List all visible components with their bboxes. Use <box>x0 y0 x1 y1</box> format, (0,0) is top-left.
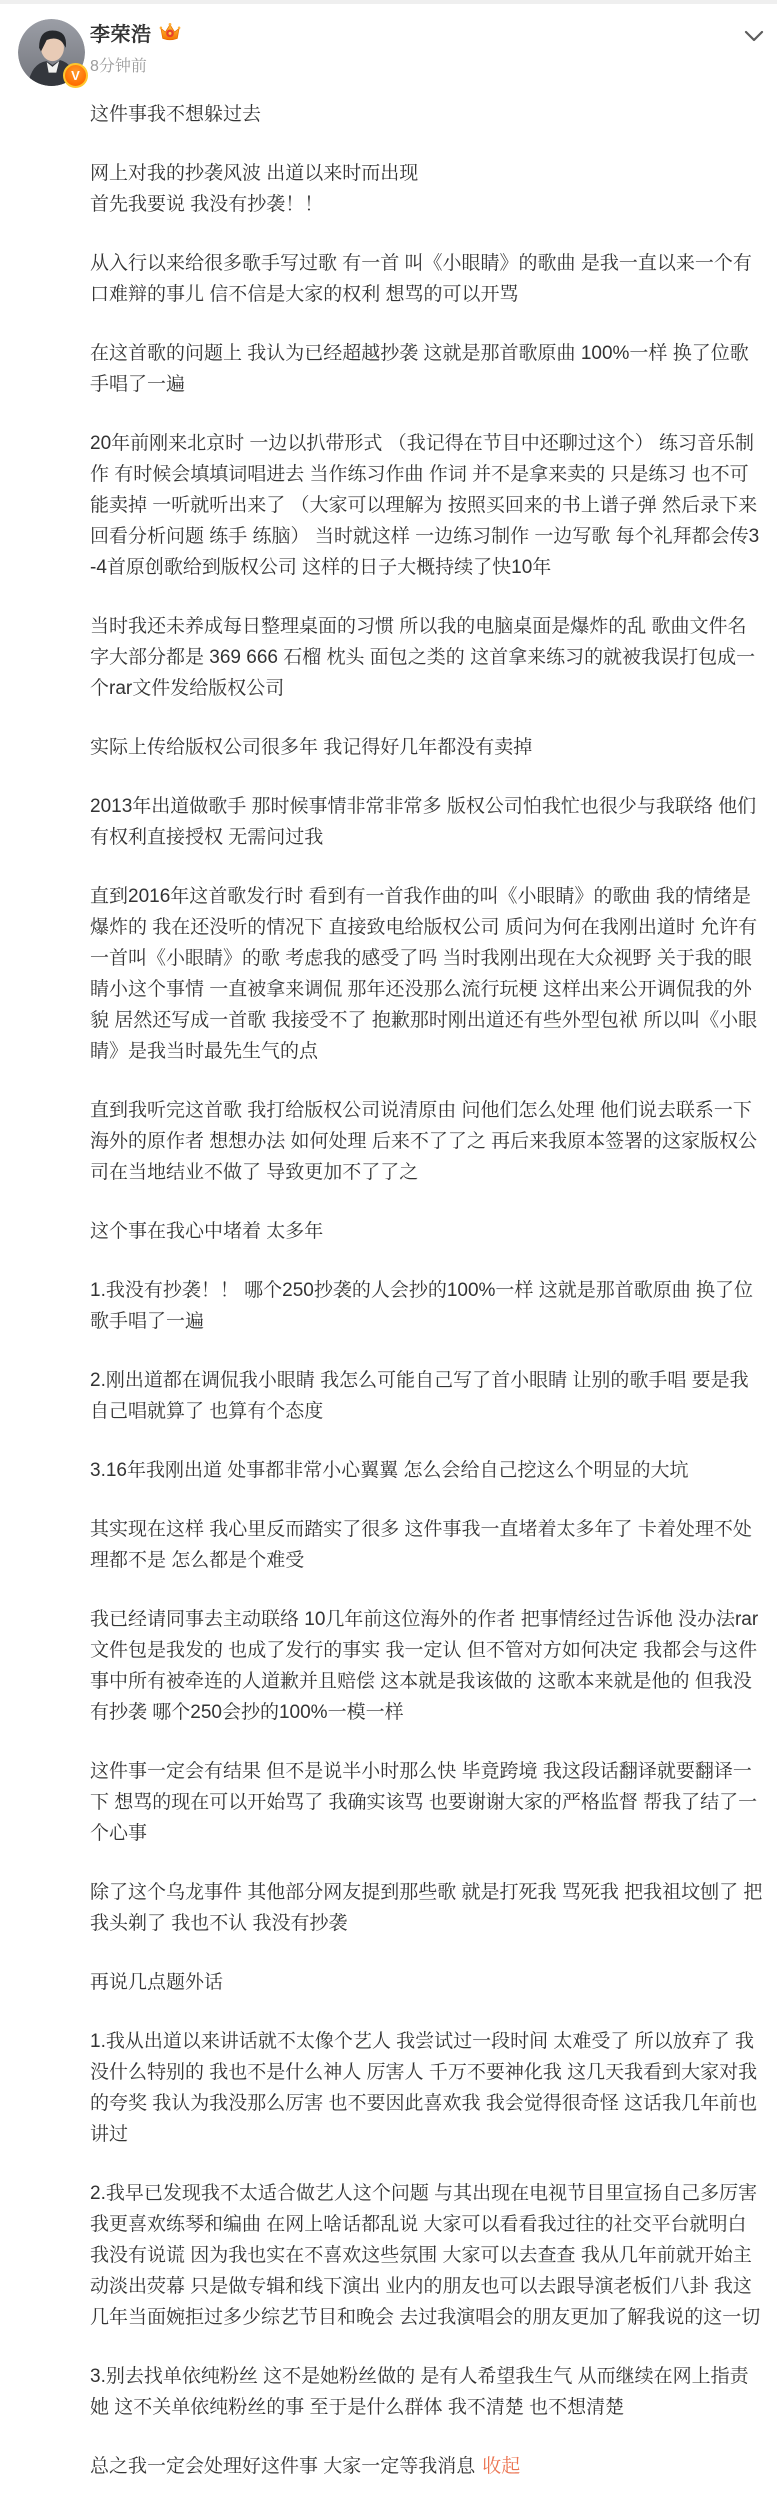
post-paragraph: 1.我没有抄袭！！ 哪个250抄袭的人会抄的100%一样 这就是那首歌原曲 换了… <box>90 1275 765 1337</box>
post-paragraph: 2.我早已发现我不太适合做艺人这个问题 与其出现在电视节目里宣扬自己多厉害 我更… <box>90 2178 765 2333</box>
post-paragraph: 这件事一定会有结果 但不是说半小时那么快 毕竟跨境 我这段话翻译就要翻译一下 想… <box>90 1756 765 1849</box>
post-paragraph: 直到2016年这首歌发行时 看到有一首我作曲的叫《小眼睛》的歌曲 我的情绪是爆炸… <box>90 881 765 1067</box>
user-meta: 李荣浩 8分钟前 <box>90 16 777 76</box>
post-paragraph: 这件事我不想躲过去 <box>90 99 765 130</box>
post-paragraph: 当时我还未养成每日整理桌面的习惯 所以我的电脑桌面是爆炸的乱 歌曲文件名字大部分… <box>90 611 765 704</box>
post-text: 这件事我不想躲过去网上对我的抄袭风波 出道以来时而出现首先我要说 我没有抄袭！！… <box>90 99 765 2482</box>
post-paragraph: 除了这个乌龙事件 其他部分网友提到那些歌 就是打死我 骂死我 把我祖坟刨了 把我… <box>90 1877 765 1939</box>
collapse-link[interactable]: 收起 <box>482 2456 520 2477</box>
post-paragraph: 总之我一定会处理好这件事 大家一定等我消息收起 <box>90 2451 765 2482</box>
avatar[interactable]: V <box>18 19 85 86</box>
post-paragraph: 其实现在这样 我心里反而踏实了很多 这件事我一直堵着太多年了 卡着处理不处理都不… <box>90 1514 765 1576</box>
post-paragraph: 网上对我的抄袭风波 出道以来时而出现首先我要说 我没有抄袭！！ <box>90 158 765 220</box>
weibo-post-card: V 李荣浩 <box>0 4 777 2508</box>
post-header: V 李荣浩 <box>0 16 777 90</box>
post-paragraph: 2013年出道做歌手 那时候事情非常非常多 版权公司怕我忙也很少与我联络 他们有… <box>90 791 765 853</box>
post-paragraph: 20年前刚来北京时 一边以扒带形式 （我记得在节目中还聊过这个） 练习音乐制作 … <box>90 428 765 583</box>
post-paragraph: 这个事在我心中堵着 太多年 <box>90 1216 765 1247</box>
vip-crown-icon <box>159 22 181 42</box>
post-paragraph: 3.16年我刚出道 处事都非常小心翼翼 怎么会给自己挖这么个明显的大坑 <box>90 1455 765 1486</box>
post-paragraph: 3.别去找单依纯粉丝 这不是她粉丝做的 是有人希望我生气 从而继续在网上指责她 … <box>90 2361 765 2423</box>
post-paragraph: 直到我听完这首歌 我打给版权公司说清原由 问他们怎么处理 他们说去联系一下海外的… <box>90 1095 765 1188</box>
post-paragraph: 再说几点题外话 <box>90 1967 765 1998</box>
post-paragraph: 2.刚出道都在调侃我小眼睛 我怎么可能自己写了首小眼睛 让别的歌手唱 要是我自己… <box>90 1365 765 1427</box>
username[interactable]: 李荣浩 <box>90 18 152 47</box>
timestamp[interactable]: 8分钟前 <box>90 53 777 76</box>
post-paragraph: 从入行以来给很多歌手写过歌 有一首 叫《小眼睛》的歌曲 是我一直以来一个有口难辩… <box>90 248 765 310</box>
post-paragraph: 实际上传给版权公司很多年 我记得好几年都没有卖掉 <box>90 732 765 763</box>
post-paragraph: 1.我从出道以来讲话就不太像个艺人 我尝试过一段时间 太难受了 所以放弃了 我没… <box>90 2026 765 2150</box>
verified-v-badge: V <box>63 63 88 88</box>
post-paragraph: 我已经请同事去主动联络 10几年前这位海外的作者 把事情经过告诉他 没办法rar… <box>90 1604 765 1728</box>
chevron-down-icon[interactable] <box>744 28 764 44</box>
post-paragraph: 在这首歌的问题上 我认为已经超越抄袭 这就是那首歌原曲 100%一样 换了位歌手… <box>90 338 765 400</box>
